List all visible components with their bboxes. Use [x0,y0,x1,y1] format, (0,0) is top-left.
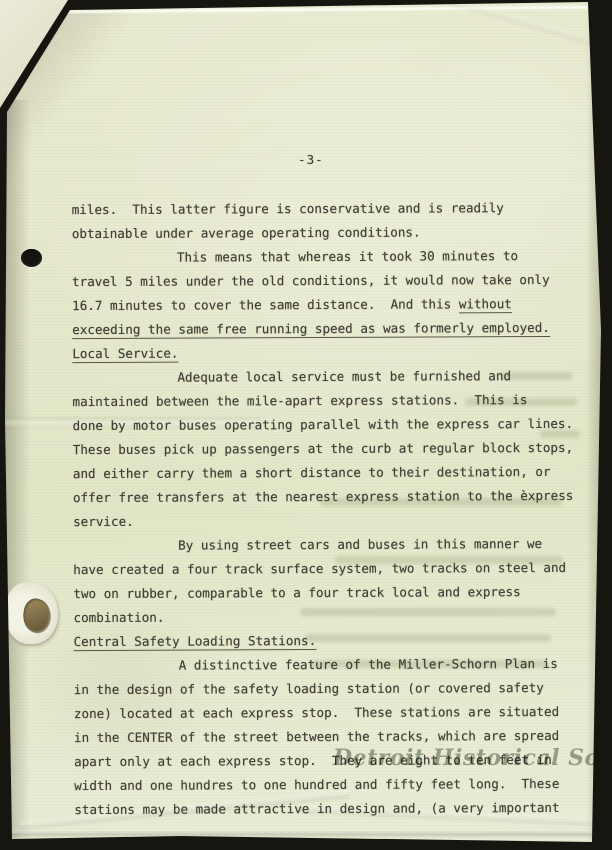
typed-line: service. [73,508,565,534]
typed-text: travel 5 miles under the old conditions,… [72,272,550,289]
typed-text: Adequate local service must be furnished… [177,368,511,384]
paper-tear [6,582,58,644]
typed-text-block: miles. This latter figure is conservativ… [72,196,567,822]
right-edge-shading [586,0,604,850]
typed-line: and either carry them a short distance t… [73,460,565,486]
typed-text: This means that whereas it took 30 minut… [177,248,518,264]
typed-line: done by motor buses operating parallel w… [73,412,565,438]
typed-line: maintained between the mile-apart expres… [72,388,564,414]
typed-text: done by motor buses operating parallel w… [73,416,573,433]
typed-line: exceeding the same free running speed as… [72,316,564,342]
typed-line: Adequate local service must be furnished… [72,364,564,390]
typed-text: zone) located at each express stop. Thes… [74,704,559,721]
section-heading: Central Safety Loading Stations. [74,628,566,654]
typed-text: in the CENTER of the street between the … [74,728,559,745]
paper-crease [0,830,612,836]
typed-line: miles. This latter figure is conservativ… [72,196,564,222]
watermark: Detroit Historical Society [333,745,603,771]
left-edge-shading [4,100,30,840]
typed-text: A distinctive feature of the Miller-Scho… [179,656,558,673]
underlined-text: Local Service. [72,346,178,363]
typed-line: zone) located at each express stop. Thes… [74,700,566,726]
typed-line: have created a four track surface system… [73,556,565,582]
typed-line: travel 5 miles under the old conditions,… [72,268,564,294]
typed-text: obtainable under average operating condi… [72,225,421,242]
typed-line: combination. [73,604,565,630]
section-heading: Local Service. [72,340,564,366]
typed-text: combination. [73,610,164,625]
typed-line: These buses pick up passengers at the cu… [73,436,565,462]
typed-line: two on rubber, comparable to a four trac… [73,580,565,606]
typed-text: maintained between the mile-apart expres… [72,392,527,409]
typed-line: width and one hundres to one hundred and… [74,772,566,798]
punch-hole [21,249,42,267]
typed-line: stations may be made attractive in desig… [74,796,566,822]
typed-text: stations may be made attractive in desig… [74,800,559,817]
underlined-text: Central Safety Loading Stations. [74,633,317,651]
typed-text: offer free transfers at the nearest expr… [73,488,573,505]
typed-line: obtainable under average operating condi… [72,220,564,246]
underlined-text: exceeding the same free running speed as… [72,320,550,339]
underlined-text: without [459,296,512,313]
typed-text: miles. This latter figure is conservativ… [72,200,504,217]
typed-text: have created a four track surface system… [73,560,566,577]
typed-text: and either carry them a short distance t… [73,464,551,481]
typed-line: This means that whereas it took 30 minut… [72,244,564,270]
typed-line: in the design of the safety loading stat… [74,676,566,702]
typed-line: By using street cars and buses in this m… [73,532,565,558]
typed-line: A distinctive feature of the Miller-Scho… [74,652,566,678]
typed-text: By using street cars and buses in this m… [178,536,542,553]
typed-text: two on rubber, comparable to a four trac… [73,584,520,601]
typed-line: offer free transfers at the nearest expr… [73,484,565,510]
scanned-document: -3- miles. This latter figure is conserv… [0,0,612,850]
paper-tear-backing [20,596,54,635]
typed-text: 16.7 minutes to cover the same distance.… [72,296,459,313]
typed-text: in the design of the safety loading stat… [74,680,544,697]
typed-line: 16.7 minutes to cover the same distance.… [72,292,564,318]
document-page: -3- miles. This latter figure is conserv… [0,0,612,850]
typed-text: service. [73,514,134,529]
page-number: -3- [298,152,324,167]
typed-text: These buses pick up passengers at the cu… [73,440,573,457]
typed-text: width and one hundres to one hundred and… [74,776,559,793]
